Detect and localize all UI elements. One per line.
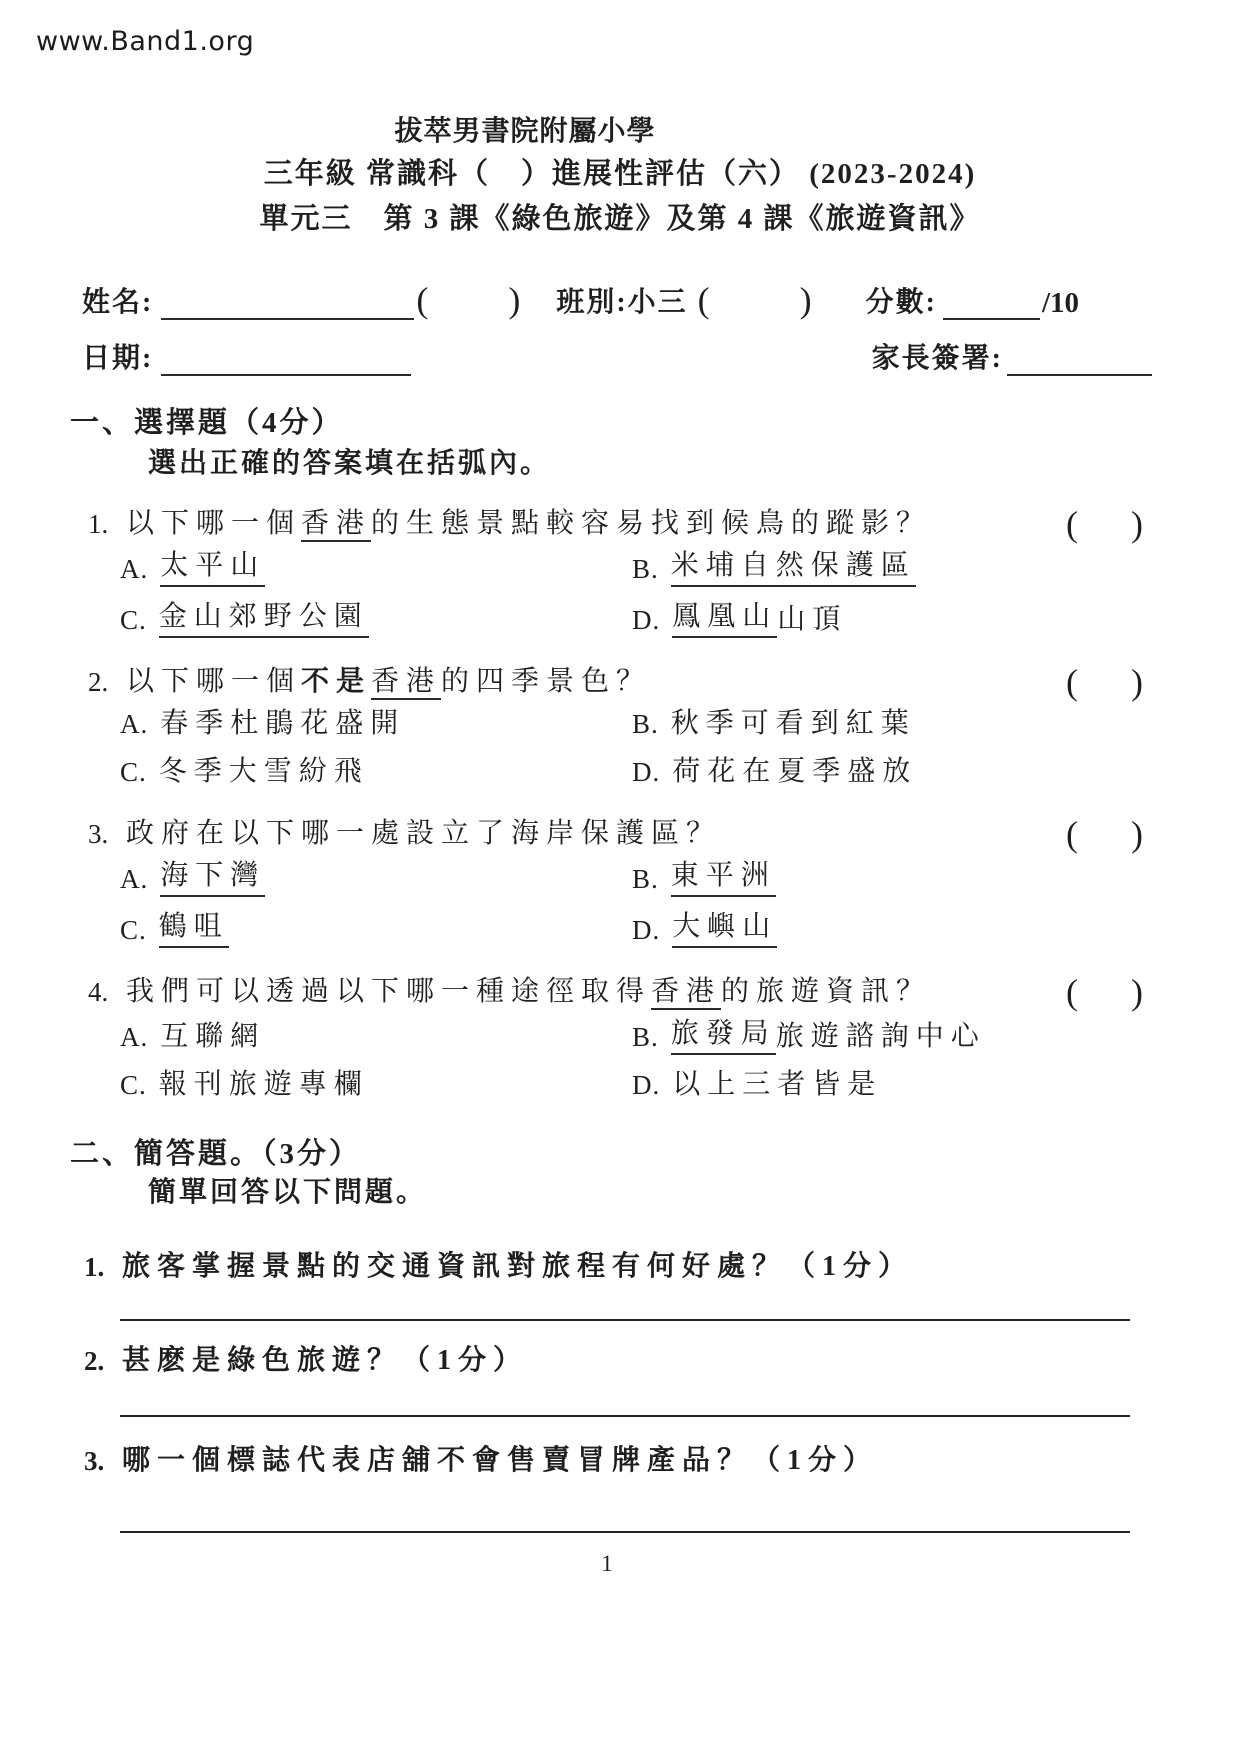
question-text: 政府在以下哪一處設立了海岸保護區？: [126, 814, 721, 854]
option-letter: A.: [120, 551, 148, 587]
option-text: 旅遊諮詢中心: [776, 1019, 986, 1055]
student-info: 姓名: ( ) 班別: 小三 ( ) 分數: /10 日期:: [62, 276, 1152, 376]
page-number: 1: [62, 1551, 1152, 1577]
question-text: 以下哪一個不是香港的四季景色？: [126, 662, 651, 702]
option-letter: B.: [632, 1019, 659, 1055]
option-letter: A.: [120, 706, 148, 742]
answer-bracket: ( ): [1066, 814, 1150, 854]
option-letter: D.: [632, 602, 660, 638]
mcq-question-2: 2. 以下哪一個不是香港的四季景色？ ( ) A.春季杜鵑花盛開 B.秋季可看到…: [62, 662, 1152, 790]
answer-bracket: ( ): [1066, 972, 1150, 1012]
option-a: A.海下灣: [120, 858, 632, 897]
option-letter: B.: [632, 706, 659, 742]
options-grid: A.太平山 B.米埔自然保護區 C.金山郊野公園 D.鳳凰山山頂: [120, 548, 1152, 638]
option-text-underlined: 米埔自然保護區: [671, 548, 916, 587]
sa-question-1: 1. 旅客掌握景點的交通資訊對旅程有何好處？（1分）: [62, 1247, 1152, 1287]
paren-close-icon: ): [1131, 972, 1150, 1012]
option-text-underlined: 鶴咀: [159, 909, 229, 948]
question-number: 3.: [88, 814, 126, 854]
section-sa-heading: 二、簡答題。（3分）: [70, 1135, 1152, 1173]
score-blank-line: [943, 286, 1040, 320]
option-d: D.鳳凰山山頂: [632, 599, 1152, 638]
option-letter: C.: [120, 912, 147, 948]
question-row: 4. 我們可以透過以下哪一種途徑取得香港的旅遊資訊？ ( ): [62, 972, 1152, 1012]
section-sa-instruction: 簡單回答以下問題。: [148, 1175, 1152, 1211]
answer-bracket: ( ): [1066, 504, 1150, 544]
question-text-post: 的四季景色？: [441, 666, 651, 697]
info-row-2: 日期: 家長簽署:: [62, 332, 1152, 376]
option-a: A.春季杜鵑花盛開: [120, 706, 632, 742]
class-bracket: ( ): [698, 280, 814, 320]
option-text: 荷花在夏季盛放: [672, 754, 917, 790]
paren-open-icon: (: [1066, 662, 1085, 702]
option-text: 以上三者皆是: [672, 1067, 882, 1103]
answer-line: [120, 1319, 1130, 1321]
name-label: 姓名:: [82, 280, 153, 320]
score-total: /10: [1042, 287, 1079, 320]
exam-body: 姓名: ( ) 班別: 小三 ( ) 分數: /10 日期:: [62, 276, 1152, 1577]
question-number: 3.: [84, 1441, 122, 1481]
question-text-post: 的旅遊資訊？: [721, 976, 931, 1007]
option-text: 互聯網: [160, 1019, 265, 1055]
question-number: 1.: [88, 504, 126, 544]
paren-open-icon: (: [416, 280, 430, 320]
question-number: 2.: [88, 662, 126, 702]
option-d: D.荷花在夏季盛放: [632, 754, 1152, 790]
paren-close-icon: ): [800, 280, 814, 320]
option-d: D.大嶼山: [632, 909, 1152, 948]
exam-page: www.Band1.org 拔萃男書院附屬小學 三年級 常識科（ ）進展性評估（…: [0, 0, 1240, 1754]
sa-question-3: 3. 哪一個標誌代表店舖不會售賣冒牌產品？（1分）: [62, 1441, 1152, 1481]
options-grid: A.春季杜鵑花盛開 B.秋季可看到紅葉 C.冬季大雪紛飛 D.荷花在夏季盛放: [120, 706, 1152, 790]
paren-open-icon: (: [698, 280, 712, 320]
option-a: A.太平山: [120, 548, 632, 587]
question-text-post: 的生態景點較容易找到候鳥的蹤影？: [371, 508, 931, 539]
sa-question-2: 2. 甚麽是綠色旅遊？（1分）: [62, 1341, 1152, 1381]
option-text-underlined: 大嶼山: [672, 909, 777, 948]
unit-title-line: 單元三 第 3 課《綠色旅遊》及第 4 課《旅遊資訊》: [0, 200, 1240, 238]
option-text: 山頂: [777, 602, 847, 638]
option-letter: C.: [120, 1067, 147, 1103]
question-text-pre: 以下哪一個: [126, 666, 301, 697]
paren-open-icon: (: [1066, 504, 1085, 544]
options-grid: A.互聯網 B.旅發局旅遊諮詢中心 C.報刊旅遊專欄 D.以上三者皆是: [120, 1016, 1152, 1103]
option-text-underlined: 金山郊野公園: [159, 599, 369, 638]
question-text-pre: 我們可以透過以下哪一種途徑取得: [126, 976, 651, 1007]
option-text: 冬季大雪紛飛: [159, 754, 369, 790]
option-letter: D.: [632, 912, 660, 948]
option-b: B.秋季可看到紅葉: [632, 706, 1152, 742]
parent-sign-blank-line: [1007, 342, 1152, 376]
class-label: 班別:: [556, 280, 627, 320]
options-grid: A.海下灣 B.東平洲 C.鶴咀 D.大嶼山: [120, 858, 1152, 948]
option-text-underlined: 鳳凰山: [672, 599, 777, 638]
option-c: C.冬季大雪紛飛: [120, 754, 632, 790]
score-label: 分數:: [866, 280, 937, 320]
answer-bracket: ( ): [1066, 662, 1150, 702]
date-label: 日期:: [82, 336, 153, 376]
question-number: 1.: [84, 1247, 122, 1287]
option-letter: B.: [632, 861, 659, 897]
parent-sign-group: 家長簽署:: [872, 336, 1152, 376]
option-c: C.金山郊野公園: [120, 599, 632, 638]
mcq-question-4: 4. 我們可以透過以下哪一種途徑取得香港的旅遊資訊？ ( ) A.互聯網 B.旅…: [62, 972, 1152, 1103]
question-text: 甚麽是綠色旅遊？（1分）: [122, 1341, 528, 1381]
watermark-text: www.Band1.org: [36, 26, 254, 57]
section-mc-heading: 一、選擇題（4分）: [70, 404, 1152, 442]
option-a: A.互聯網: [120, 1016, 632, 1055]
name-bracket: ( ): [416, 280, 522, 320]
paren-close-icon: ): [1131, 814, 1150, 854]
option-letter: D.: [632, 1067, 660, 1103]
question-text-underlined: 香港: [371, 666, 441, 700]
option-letter: D.: [632, 754, 660, 790]
option-c: C.鶴咀: [120, 909, 632, 948]
question-number: 4.: [88, 972, 126, 1012]
option-letter: C.: [120, 754, 147, 790]
paren-close-icon: ): [1131, 662, 1150, 702]
option-letter: A.: [120, 1019, 148, 1055]
paren-open-icon: (: [1066, 814, 1085, 854]
question-row: 2. 以下哪一個不是香港的四季景色？ ( ): [62, 662, 1152, 702]
option-text: 春季杜鵑花盛開: [160, 706, 405, 742]
option-text-underlined: 海下灣: [160, 858, 265, 897]
name-blank-line: [161, 286, 414, 320]
answer-line: [120, 1531, 1130, 1533]
paren-close-icon: ): [508, 280, 522, 320]
question-text-underlined: 香港: [301, 508, 371, 542]
question-row: 1. 以下哪一個香港的生態景點較容易找到候鳥的蹤影？ ( ): [62, 504, 1152, 544]
mcq-question-3: 3. 政府在以下哪一處設立了海岸保護區？ ( ) A.海下灣 B.東平洲 C.鶴…: [62, 814, 1152, 948]
option-b: B.旅發局旅遊諮詢中心: [632, 1016, 1152, 1055]
option-letter: A.: [120, 861, 148, 897]
question-text: 哪一個標誌代表店舖不會售賣冒牌產品？（1分）: [122, 1441, 878, 1481]
paren-close-icon: ): [1131, 504, 1150, 544]
option-text-underlined: 太平山: [160, 548, 265, 587]
exam-title-line: 三年級 常識科（ ）進展性評估（六） (2023-2024): [0, 155, 1240, 193]
question-text: 旅客掌握景點的交通資訊對旅程有何好處？（1分）: [122, 1247, 913, 1287]
section-mc-instruction: 選出正確的答案填在括弧內。: [148, 446, 1152, 482]
answer-line: [120, 1415, 1130, 1417]
option-text-underlined: 東平洲: [671, 858, 776, 897]
option-b: B.東平洲: [632, 858, 1152, 897]
option-d: D.以上三者皆是: [632, 1067, 1152, 1103]
option-text-underlined: 旅發局: [671, 1016, 776, 1055]
question-number: 2.: [84, 1341, 122, 1381]
question-text-bold: 不是: [301, 666, 371, 697]
question-text: 以下哪一個香港的生態景點較容易找到候鳥的蹤影？: [126, 504, 931, 544]
option-b: B.米埔自然保護區: [632, 548, 1152, 587]
mcq-question-1: 1. 以下哪一個香港的生態景點較容易找到候鳥的蹤影？ ( ) A.太平山 B.米…: [62, 504, 1152, 638]
question-text-pre: 政府在以下哪一處設立了海岸保護區？: [126, 818, 721, 849]
question-text-underlined: 香港: [651, 976, 721, 1010]
info-row-1: 姓名: ( ) 班別: 小三 ( ) 分數: /10: [62, 276, 1152, 320]
school-name: 拔萃男書院附屬小學: [0, 114, 1145, 150]
option-text: 秋季可看到紅葉: [671, 706, 916, 742]
class-value: 小三: [628, 280, 688, 320]
option-c: C.報刊旅遊專欄: [120, 1067, 632, 1103]
option-letter: B.: [632, 551, 659, 587]
date-blank-line: [161, 342, 411, 376]
option-text: 報刊旅遊專欄: [159, 1067, 369, 1103]
question-text: 我們可以透過以下哪一種途徑取得香港的旅遊資訊？: [126, 972, 931, 1012]
option-letter: C.: [120, 602, 147, 638]
question-text-pre: 以下哪一個: [126, 508, 301, 539]
question-row: 3. 政府在以下哪一處設立了海岸保護區？ ( ): [62, 814, 1152, 854]
parent-sign-label: 家長簽署:: [872, 336, 1003, 376]
paren-open-icon: (: [1066, 972, 1085, 1012]
